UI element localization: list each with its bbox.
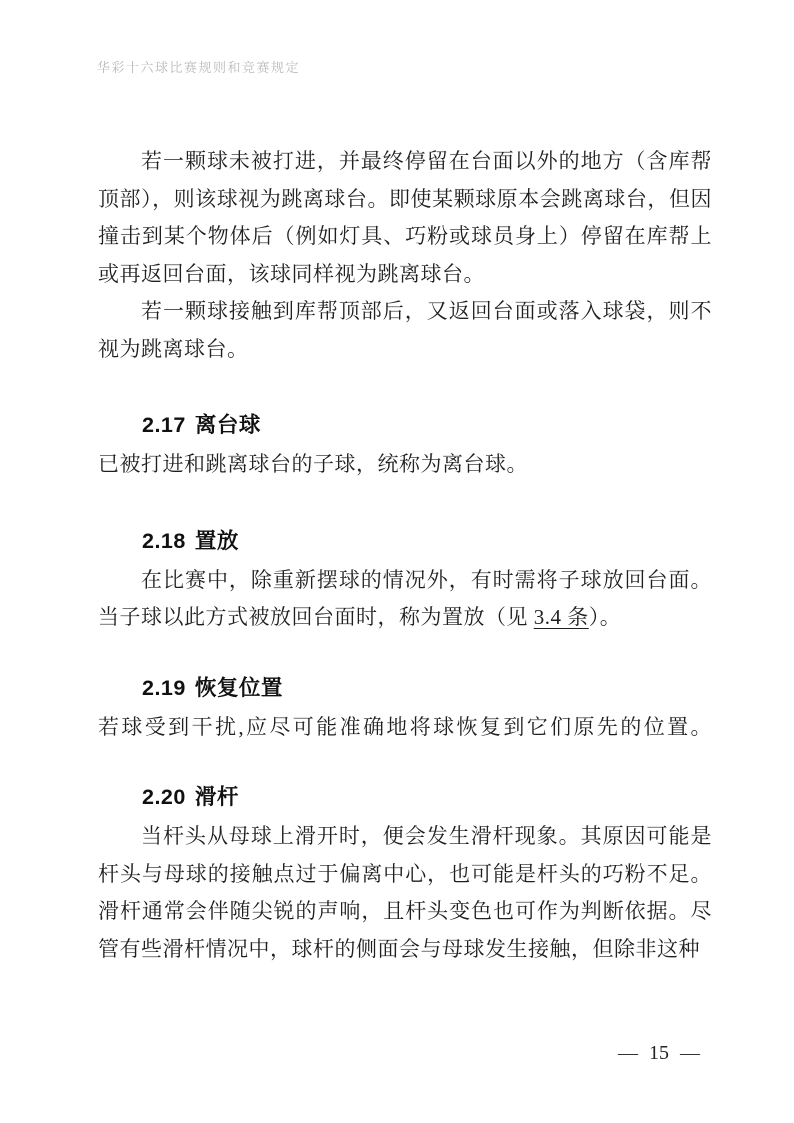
- document-page: 华彩十六球比赛规则和竞赛规定 若一颗球未被打进，并最终停留在台面以外的地方（含库…: [0, 0, 794, 1123]
- section-number: 2.20: [142, 785, 186, 809]
- page-number-value: 15: [649, 1042, 669, 1064]
- section-title: 恢复位置: [195, 676, 283, 700]
- section-2-18-heading: 2.18置放: [98, 525, 712, 557]
- section-2-18-body: 在比赛中，除重新摆球的情况外，有时需将子球放回台面。当子球以此方式被放回台面时，…: [98, 562, 712, 637]
- page-number: —15—: [98, 1042, 712, 1065]
- section-2-17-heading: 2.17离台球: [98, 409, 712, 441]
- section-2-18-body-after: ）。: [589, 605, 622, 629]
- section-2-18: 2.18置放 在比赛中，除重新摆球的情况外，有时需将子球放回台面。当子球以此方式…: [98, 525, 712, 637]
- section-2-20-heading: 2.20滑杆: [98, 781, 712, 813]
- section-title: 滑杆: [195, 785, 239, 809]
- document-content: 若一颗球未被打进，并最终停留在台面以外的地方（含库帮顶部），则该球视为跳离球台。…: [98, 143, 712, 968]
- section-title: 置放: [195, 529, 239, 553]
- page-number-dash-left: —: [618, 1042, 638, 1064]
- page-header-title: 华彩十六球比赛规则和竞赛规定: [97, 57, 300, 76]
- section-2-17: 2.17离台球 已被打进和跳离球台的子球，统称为离台球。: [98, 409, 712, 484]
- section-2-17-body: 已被打进和跳离球台的子球，统称为离台球。: [98, 446, 712, 484]
- section-number: 2.19: [142, 676, 186, 700]
- section-title: 离台球: [195, 413, 261, 437]
- ref-link-3-4[interactable]: 3.4 条: [534, 605, 589, 629]
- section-2-19: 2.19恢复位置 若球受到干扰,应尽可能准确地将球恢复到它们原先的位置。: [98, 672, 712, 747]
- section-2-19-body: 若球受到干扰,应尽可能准确地将球恢复到它们原先的位置。: [98, 709, 712, 747]
- section-number: 2.18: [142, 529, 186, 553]
- section-2-20-body: 当杆头从母球上滑开时，便会发生滑杆现象。其原因可能是杆头与母球的接触点过于偏离中…: [98, 818, 712, 968]
- intro-paragraph-rail-top: 若一颗球接触到库帮顶部后，又返回台面或落入球袋，则不视为跳离球台。: [98, 293, 712, 368]
- section-2-20: 2.20滑杆 当杆头从母球上滑开时，便会发生滑杆现象。其原因可能是杆头与母球的接…: [98, 781, 712, 968]
- page-number-dash-right: —: [680, 1042, 700, 1064]
- section-2-19-heading: 2.19恢复位置: [98, 672, 712, 704]
- section-number: 2.17: [142, 413, 186, 437]
- intro-paragraph-jumped-ball: 若一颗球未被打进，并最终停留在台面以外的地方（含库帮顶部），则该球视为跳离球台。…: [98, 143, 712, 293]
